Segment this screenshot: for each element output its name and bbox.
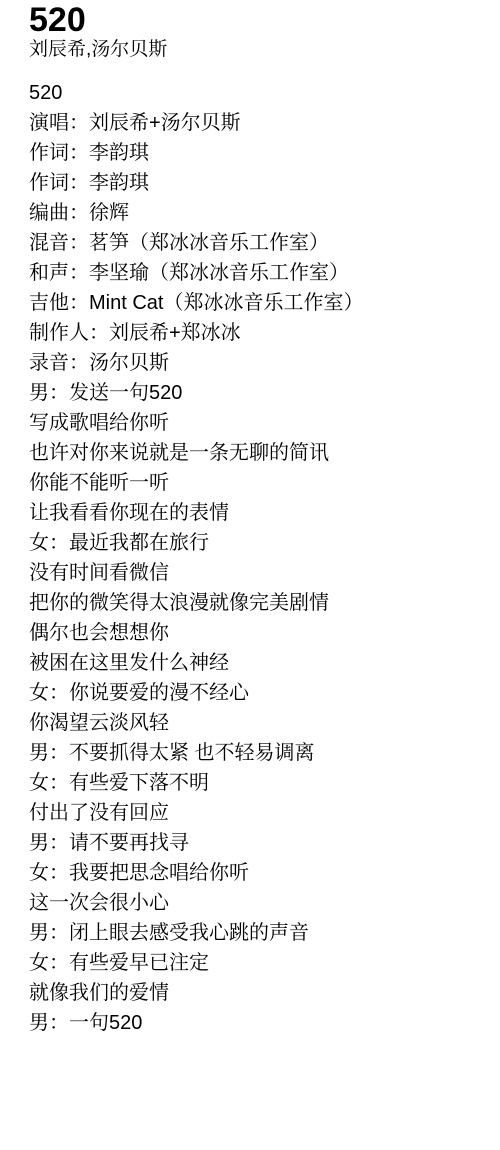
lyric-line: 女：有些爱下落不明 — [29, 768, 480, 798]
lyric-line: 男：闭上眼去感受我心跳的声音 — [29, 918, 480, 948]
lyric-line: 录音：汤尔贝斯 — [29, 348, 480, 378]
lyric-line: 这一次会很小心 — [29, 888, 480, 918]
lyric-line: 被困在这里发什么神经 — [29, 648, 480, 678]
lyric-line: 女：我要把思念唱给你听 — [29, 858, 480, 888]
lyric-line: 男：请不要再找寻 — [29, 828, 480, 858]
lyric-line: 520 — [29, 78, 480, 108]
lyrics-page: 520 刘辰希,汤尔贝斯 520演唱：刘辰希+汤尔贝斯作词：李韵琪作词：李韵琪编… — [0, 0, 500, 1038]
lyric-line: 男：一句520 — [29, 1008, 480, 1038]
lyric-line: 和声：李坚瑜（郑冰冰音乐工作室） — [29, 258, 480, 288]
lyric-line: 编曲：徐辉 — [29, 198, 480, 228]
lyric-line: 没有时间看微信 — [29, 558, 480, 588]
artists-subtitle: 刘辰希,汤尔贝斯 — [29, 38, 480, 62]
lyric-line: 男：不要抓得太紧 也不轻易调离 — [29, 738, 480, 768]
lyric-line: 制作人：刘辰希+郑冰冰 — [29, 318, 480, 348]
lyric-line: 混音：茗笋（郑冰冰音乐工作室） — [29, 228, 480, 258]
lyric-line: 作词：李韵琪 — [29, 168, 480, 198]
lyric-line: 把你的微笑得太浪漫就像完美剧情 — [29, 588, 480, 618]
lyric-line: 女：你说要爱的漫不经心 — [29, 678, 480, 708]
lyric-line: 演唱：刘辰希+汤尔贝斯 — [29, 108, 480, 138]
lyrics-list: 520演唱：刘辰希+汤尔贝斯作词：李韵琪作词：李韵琪编曲：徐辉混音：茗笋（郑冰冰… — [29, 78, 480, 1038]
lyric-line: 女：有些爱早已注定 — [29, 948, 480, 978]
page-title: 520 — [29, 2, 480, 38]
lyric-line: 男：发送一句520 — [29, 378, 480, 408]
lyric-line: 就像我们的爱情 — [29, 978, 480, 1008]
lyric-line: 你能不能听一听 — [29, 468, 480, 498]
lyric-line: 偶尔也会想想你 — [29, 618, 480, 648]
lyric-line: 吉他：Mint Cat（郑冰冰音乐工作室） — [29, 288, 480, 318]
lyric-line: 你渴望云淡风轻 — [29, 708, 480, 738]
lyric-line: 作词：李韵琪 — [29, 138, 480, 168]
lyric-line: 让我看看你现在的表情 — [29, 498, 480, 528]
lyric-line: 写成歌唱给你听 — [29, 408, 480, 438]
lyric-line: 女：最近我都在旅行 — [29, 528, 480, 558]
lyric-line: 付出了没有回应 — [29, 798, 480, 828]
lyric-line: 也许对你来说就是一条无聊的简讯 — [29, 438, 480, 468]
